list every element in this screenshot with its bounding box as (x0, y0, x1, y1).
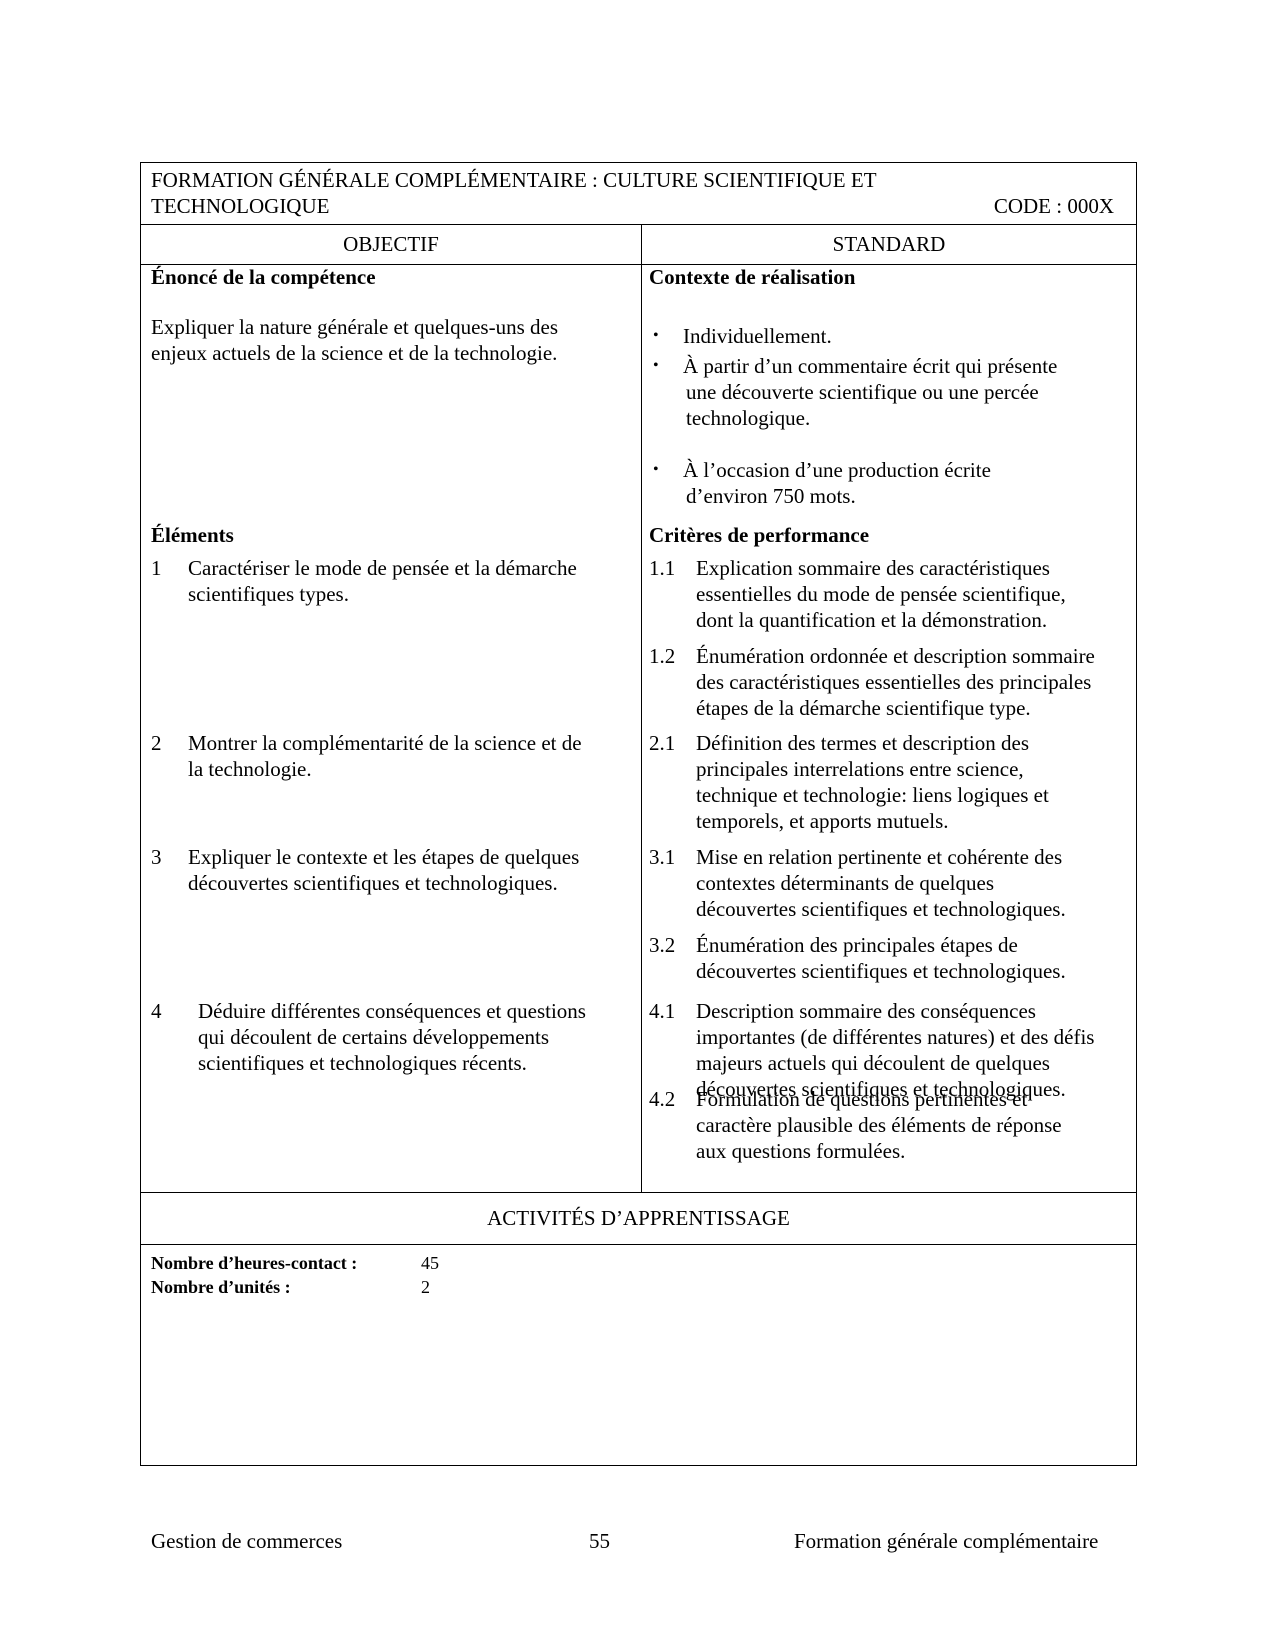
critere-text: Définition des termes et description des (696, 730, 1029, 756)
bullet-icon: • (653, 323, 659, 349)
element-text: qui découlent de certains développements (198, 1024, 549, 1050)
contexte-text: d’environ 750 mots. (686, 483, 1126, 509)
footer-left: Gestion de commerces (151, 1528, 342, 1554)
course-title-line1: FORMATION GÉNÉRALE COMPLÉMENTAIRE : CULT… (151, 167, 877, 193)
criteres-heading: Critères de performance (649, 522, 1134, 548)
critere-text: découvertes scientifiques et technologiq… (696, 896, 1066, 922)
critere-text: dont la quantification et la démonstrati… (696, 607, 1047, 633)
enonce-text-line1: Expliquer la nature générale et quelques… (151, 314, 636, 340)
critere-number: 1.1 (649, 555, 675, 581)
element-text: scientifiques et technologiques récents. (198, 1050, 527, 1076)
element-text: découvertes scientifiques et technologiq… (188, 870, 558, 896)
column-divider (641, 224, 642, 1192)
critere-text: Explication sommaire des caractéristique… (696, 555, 1050, 581)
bullet-icon: • (653, 457, 659, 483)
contexte-text: une découverte scientifique ou une percé… (686, 379, 1126, 405)
enonce-heading: Énoncé de la compétence (151, 264, 636, 290)
activites-heading: ACTIVITÉS D’APPRENTISSAGE (141, 1192, 1136, 1244)
contexte-heading: Contexte de réalisation (649, 264, 1134, 290)
element-text: Déduire différentes conséquences et ques… (198, 998, 586, 1024)
competency-table: FORMATION GÉNÉRALE COMPLÉMENTAIRE : CULT… (140, 162, 1137, 1466)
critere-text: des caractéristiques essentielles des pr… (696, 669, 1091, 695)
critere-text: Description sommaire des conséquences (696, 998, 1036, 1024)
critere-text: importantes (de différentes natures) et … (696, 1024, 1094, 1050)
activites-bottom-rule (141, 1244, 1136, 1245)
contexte-text: Individuellement. (683, 323, 1123, 349)
element-text: Montrer la complémentarité de la science… (188, 730, 582, 756)
course-title-line2: TECHNOLOGIQUE (151, 193, 329, 219)
critere-number: 3.1 (649, 844, 675, 870)
enonce-text-line2: enjeux actuels de la science et de la te… (151, 340, 636, 366)
element-number: 1 (151, 555, 162, 581)
contexte-text: technologique. (686, 405, 1126, 431)
critere-number: 1.2 (649, 643, 675, 669)
critere-text: contextes déterminants de quelques (696, 870, 994, 896)
critere-text: étapes de la démarche scientifique type. (696, 695, 1031, 721)
element-text: Caractériser le mode de pensée et la dém… (188, 555, 577, 581)
column-header-objectif: OBJECTIF (141, 224, 641, 265)
unites-label: Nombre d’unités : (151, 1275, 291, 1299)
column-header-standard: STANDARD (642, 224, 1136, 265)
element-number: 4 (151, 998, 162, 1024)
footer-right: Formation générale complémentaire (794, 1528, 1098, 1554)
critere-text: majeurs actuels qui découlent de quelque… (696, 1050, 1050, 1076)
table-header: FORMATION GÉNÉRALE COMPLÉMENTAIRE : CULT… (141, 163, 1136, 225)
critere-text: principales interrelations entre science… (696, 756, 1024, 782)
critere-text: Formulation de questions pertinentes et (696, 1086, 1027, 1112)
critere-text: essentielles du mode de pensée scientifi… (696, 581, 1066, 607)
critere-number: 2.1 (649, 730, 675, 756)
critere-text: découvertes scientifiques et technologiq… (696, 958, 1066, 984)
elements-heading: Éléments (151, 522, 636, 548)
element-text: Expliquer le contexte et les étapes de q… (188, 844, 579, 870)
critere-text: Énumération des principales étapes de (696, 932, 1018, 958)
critere-text: caractère plausible des éléments de répo… (696, 1112, 1062, 1138)
heures-value: 45 (421, 1251, 439, 1275)
critere-text: Mise en relation pertinente et cohérente… (696, 844, 1062, 870)
contexte-text: À partir d’un commentaire écrit qui prés… (683, 353, 1123, 379)
critere-number: 4.1 (649, 998, 675, 1024)
heures-label: Nombre d’heures-contact : (151, 1251, 357, 1275)
critere-text: temporels, et apports mutuels. (696, 808, 949, 834)
critere-text: Énumération ordonnée et description somm… (696, 643, 1095, 669)
page-number: 55 (589, 1528, 610, 1554)
critere-number: 3.2 (649, 932, 675, 958)
critere-text: aux questions formulées. (696, 1138, 905, 1164)
course-code: CODE : 000X (994, 193, 1114, 219)
element-number: 3 (151, 844, 162, 870)
critere-number: 4.2 (649, 1086, 675, 1112)
unites-value: 2 (421, 1275, 430, 1299)
element-number: 2 (151, 730, 162, 756)
bullet-icon: • (653, 353, 659, 379)
critere-text: technique et technologie: liens logiques… (696, 782, 1049, 808)
contexte-text: À l’occasion d’une production écrite (683, 457, 1123, 483)
element-text: scientifiques types. (188, 581, 349, 607)
element-text: la technologie. (188, 756, 312, 782)
